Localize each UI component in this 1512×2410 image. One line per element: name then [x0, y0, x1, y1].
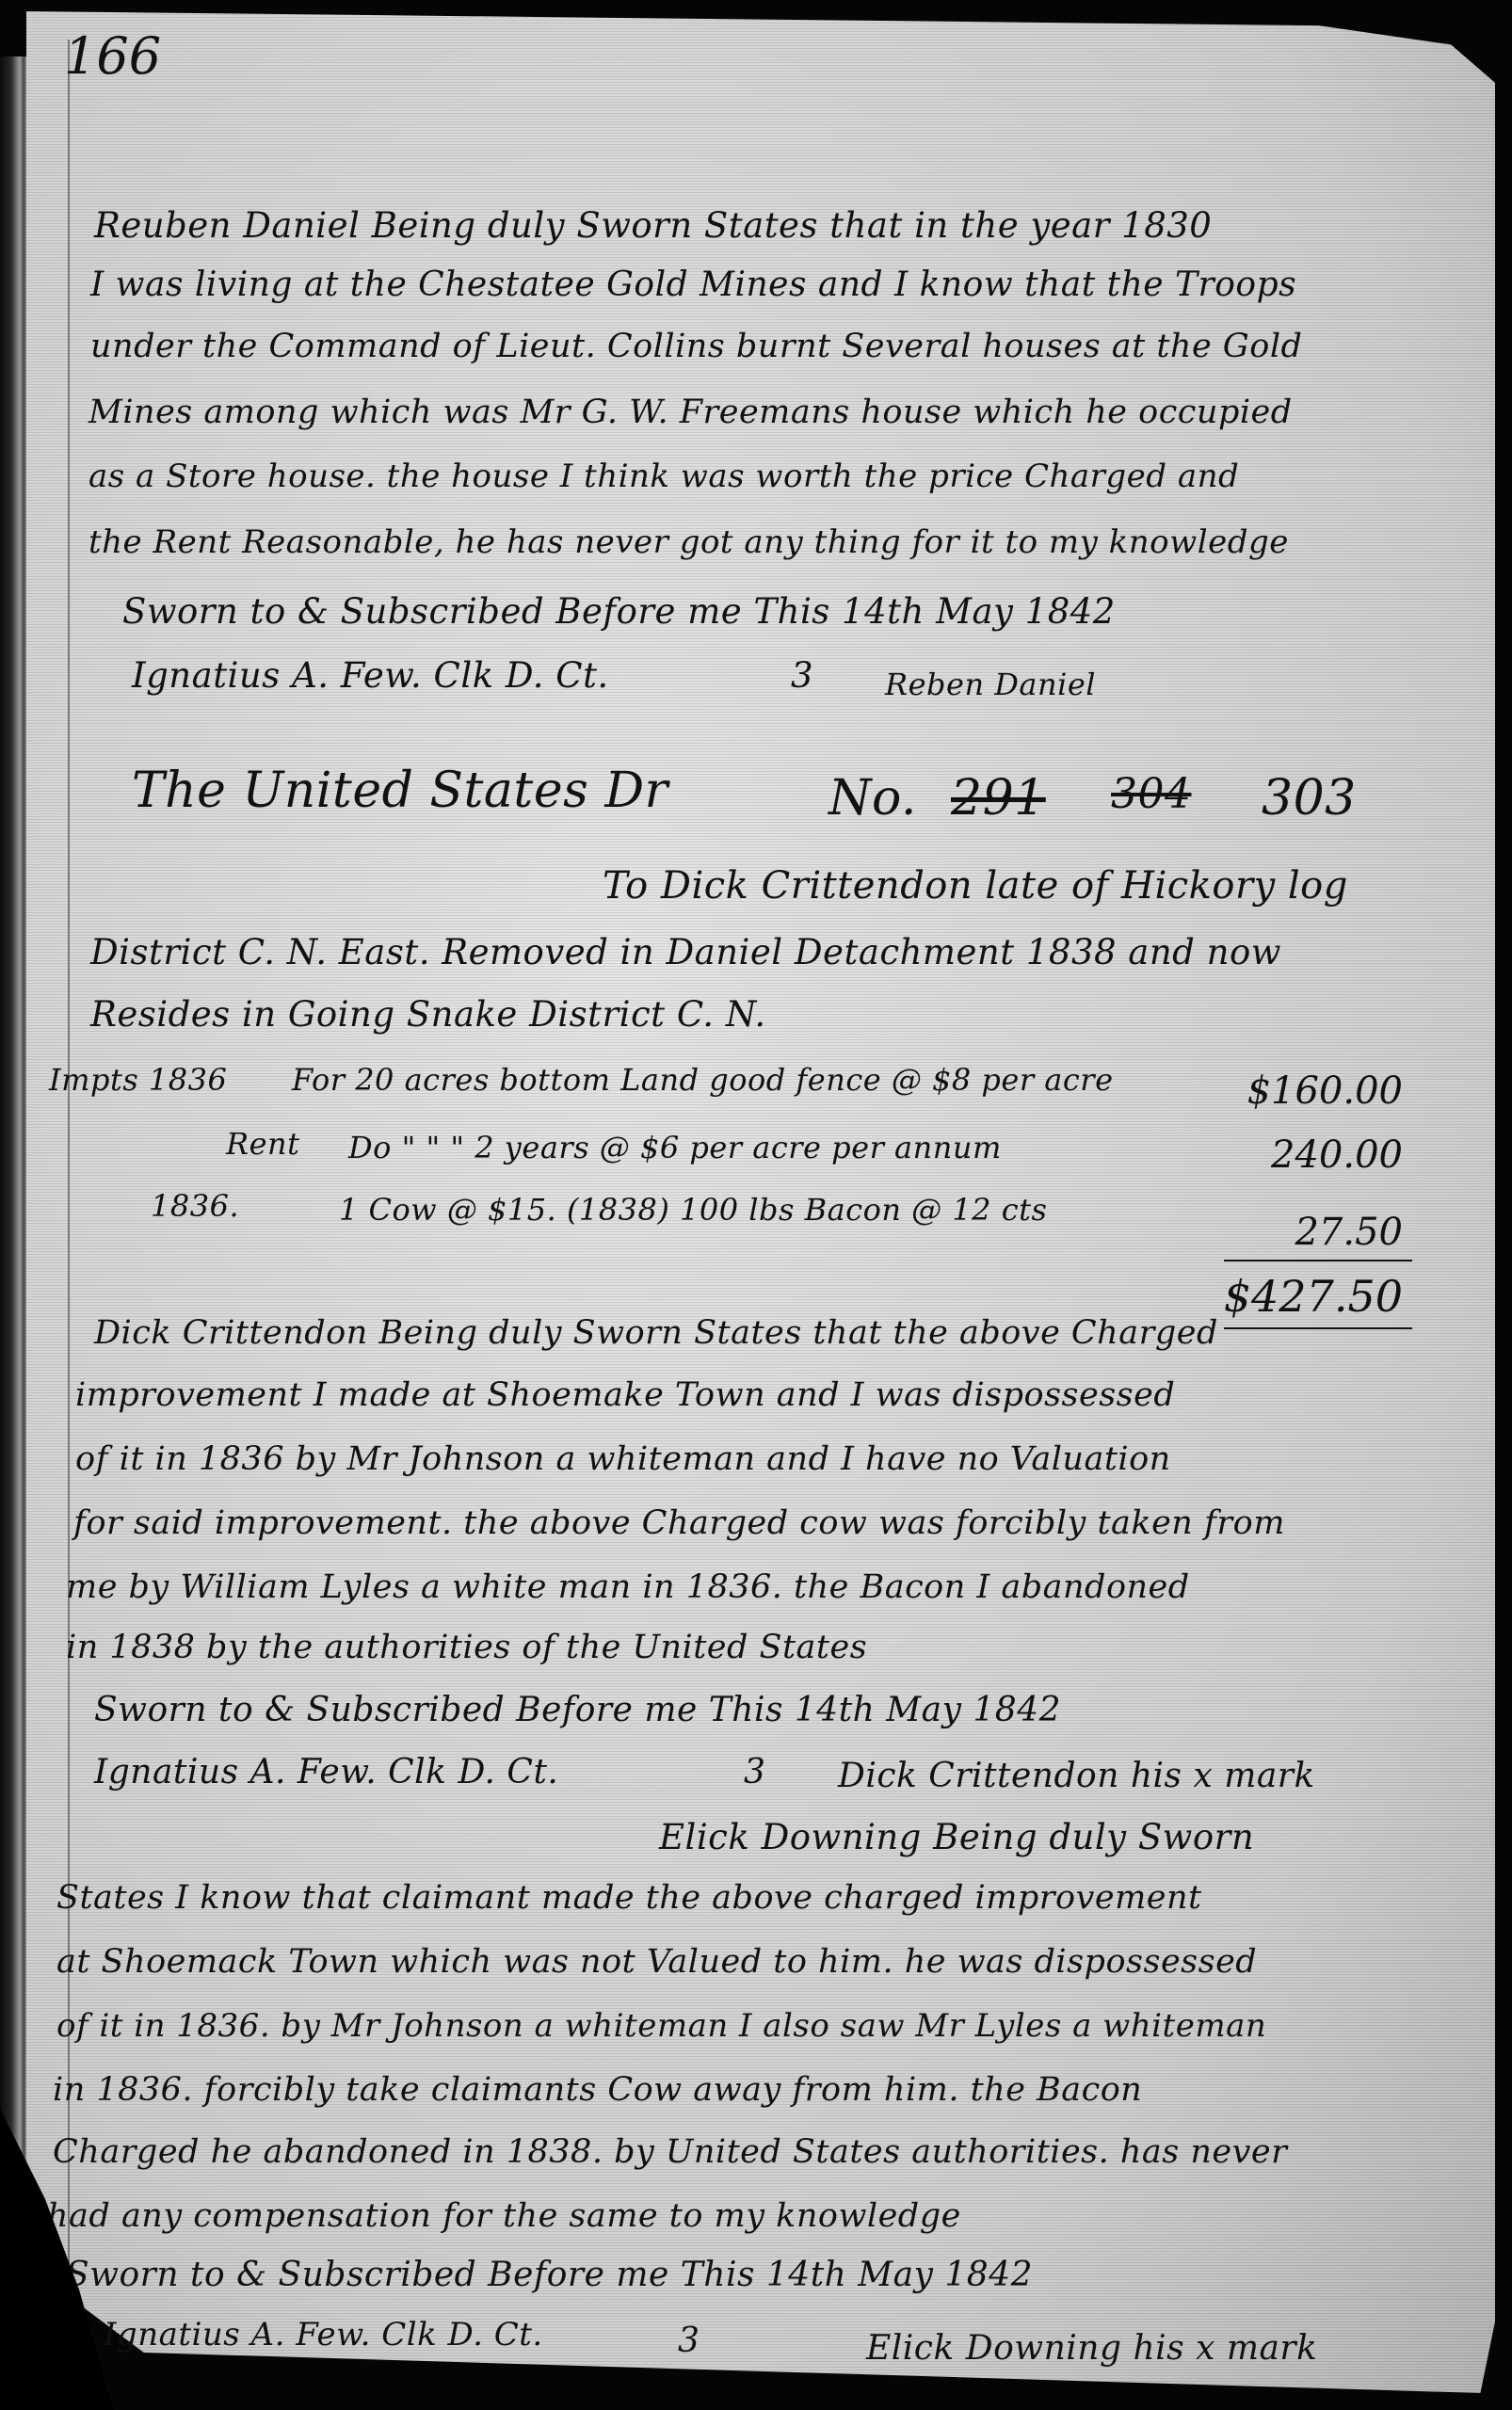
- item-amount: 27.50: [1158, 1211, 1403, 1254]
- affidavit-line: under the Command of Lieut. Collins burn…: [90, 328, 1302, 365]
- total-underline: [1224, 1327, 1412, 1329]
- book-binding-edge: [0, 56, 28, 2372]
- witness-signature: Elick Downing his x mark: [866, 2329, 1317, 2368]
- district-line: District C. N. East. Removed in Daniel D…: [90, 932, 1281, 972]
- affidavit-line: Charged he abandoned in 1838. by United …: [53, 2133, 1287, 2171]
- item-label: 1836.: [151, 1188, 239, 1224]
- affidavit-line: States I know that claimant made the abo…: [56, 1879, 1202, 1917]
- claimant-line: To Dick Crittendon late of Hickory log: [603, 864, 1348, 908]
- claim-number: 303: [1262, 770, 1357, 827]
- claim-number-label: No.: [828, 770, 917, 827]
- affidavit-line: I was living at the Chestatee Gold Mines…: [90, 265, 1296, 304]
- sworn-statement: Sworn to & Subscribed Before me This 14t…: [66, 2256, 1033, 2294]
- seal-mark: 3: [744, 1753, 765, 1791]
- item-label: Impts 1836: [49, 1062, 227, 1098]
- affidavit-line: had any compensation for the same to my …: [47, 2197, 961, 2235]
- item-description: 1 Cow @ $15. (1838) 100 lbs Bacon @ 12 c…: [339, 1192, 1047, 1228]
- sworn-statement: Sworn to & Subscribed Before me This 14t…: [94, 1691, 1061, 1729]
- item-description: For 20 acres bottom Land good fence @ $8…: [292, 1062, 1114, 1098]
- item-label: Rent: [226, 1126, 300, 1162]
- residence-line: Resides in Going Snake District C. N.: [90, 994, 766, 1035]
- item-amount: $160.00: [1158, 1069, 1403, 1113]
- affidavit-line: in 1836. forcibly take claimants Cow awa…: [53, 2071, 1142, 2109]
- affidavit-line: Elick Downing Being duly Sworn: [659, 1817, 1254, 1857]
- affidavit-line: Dick Crittendon Being duly Sworn States …: [94, 1314, 1218, 1352]
- affidavit-line: as a Store house. the house I think was …: [88, 458, 1239, 495]
- total-rule: [1224, 1260, 1412, 1261]
- claimant-signature: Dick Crittendon his x mark: [838, 1757, 1315, 1795]
- affidavit-line: Mines among which was Mr G. W. Freemans …: [88, 394, 1293, 431]
- clerk-signature: Ignatius A. Few. Clk D. Ct.: [132, 655, 609, 696]
- claimant-signature: Reben Daniel: [885, 667, 1096, 702]
- clerk-signature: Ignatius A. Few. Clk D. Ct.: [104, 2316, 543, 2354]
- claim-number-struck: 291: [951, 770, 1046, 827]
- page-number: 166: [64, 26, 161, 86]
- affidavit-line: me by William Lyles a white man in 1836.…: [66, 1568, 1190, 1606]
- item-description: Do " " " 2 years @ $6 per acre per annum: [348, 1130, 1002, 1165]
- affidavit-line: Reuben Daniel Being duly Sworn States th…: [94, 205, 1212, 246]
- clerk-signature: Ignatius A. Few. Clk D. Ct.: [94, 1753, 558, 1791]
- affidavit-line: of it in 1836 by Mr Johnson a whiteman a…: [75, 1440, 1171, 1478]
- seal-mark: 3: [678, 2322, 700, 2360]
- claim-number-struck: 304: [1111, 770, 1191, 818]
- sworn-statement: Sworn to & Subscribed Before me This 14t…: [122, 591, 1116, 632]
- affidavit-line: at Shoemack Town which was not Valued to…: [56, 1943, 1257, 1981]
- seal-mark: 3: [791, 655, 813, 696]
- affidavit-line: of it in 1836. by Mr Johnson a whiteman …: [56, 2007, 1266, 2045]
- item-amount: 240.00: [1158, 1133, 1403, 1177]
- affidavit-line: for said improvement. the above Charged …: [73, 1504, 1285, 1542]
- affidavit-line: improvement I made at Shoemake Town and …: [75, 1376, 1175, 1414]
- claim-heading: The United States Dr: [132, 763, 668, 819]
- affidavit-line: in 1838 by the authorities of the United…: [66, 1629, 867, 1666]
- affidavit-line: the Rent Reasonable, he has never got an…: [88, 523, 1289, 561]
